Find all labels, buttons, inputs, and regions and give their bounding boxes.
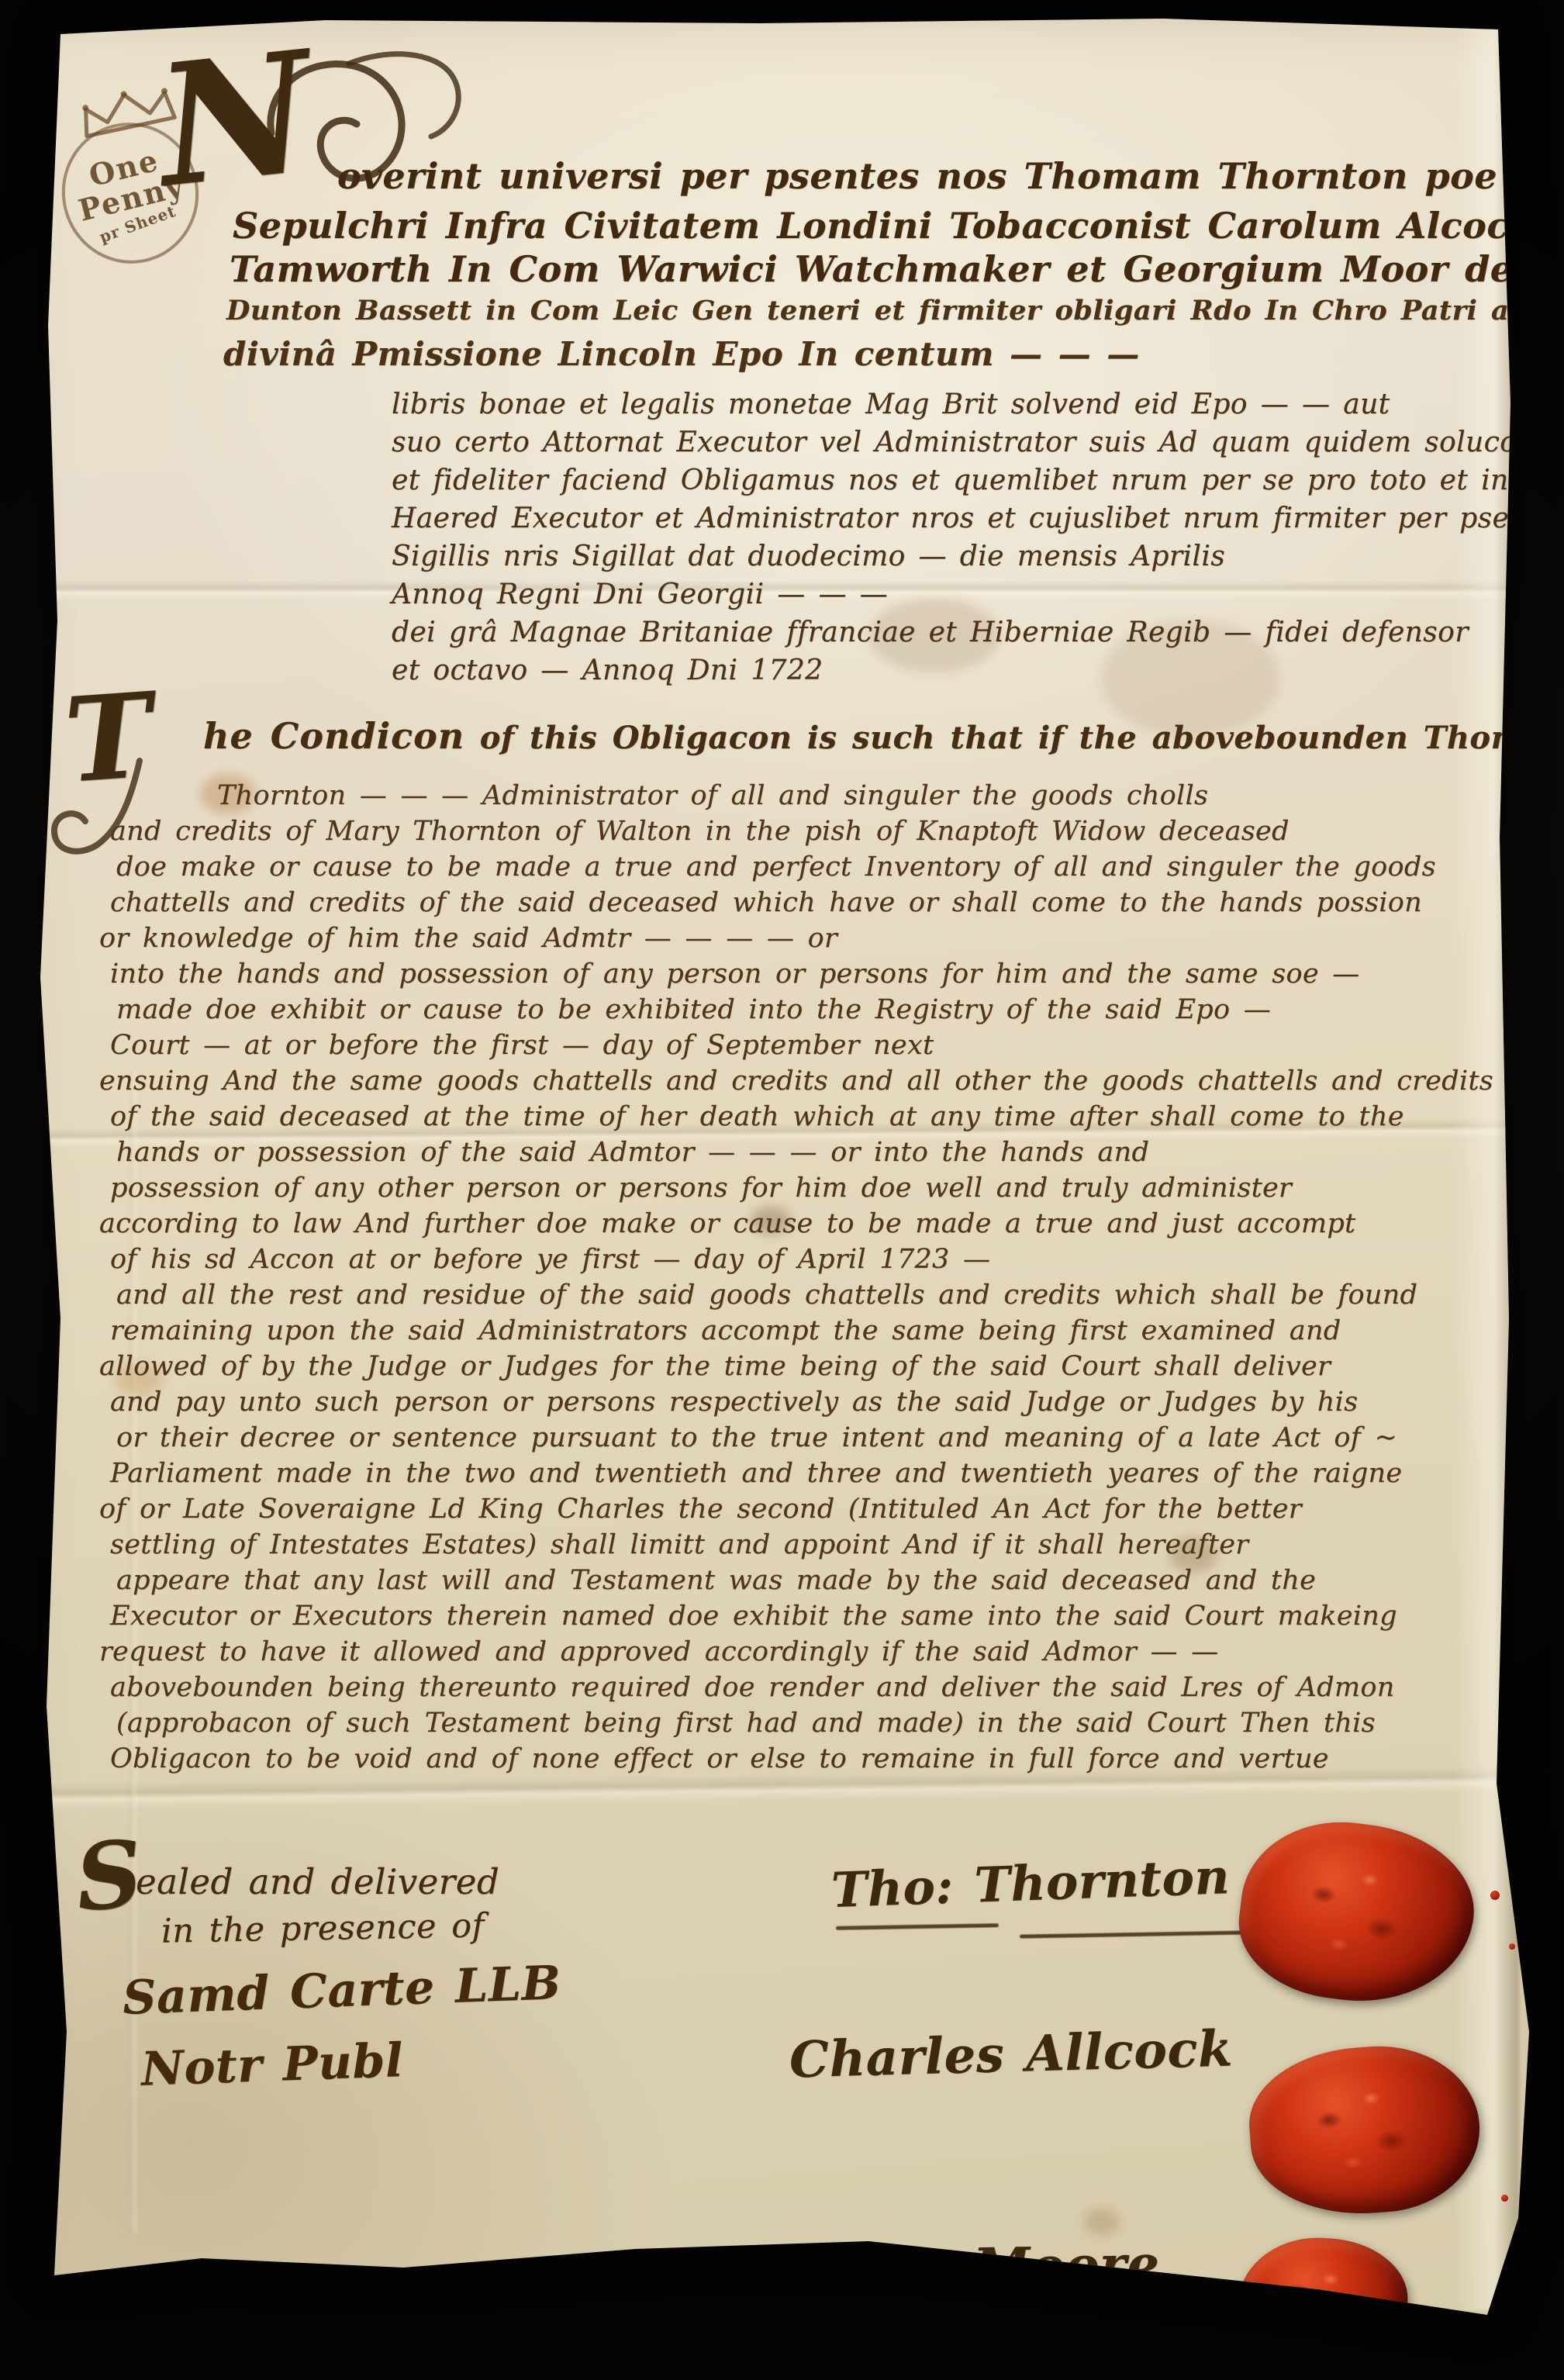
manuscript-line: or their decree or sentence pursuant to … [116, 1420, 1493, 1456]
condition-lead-words: he Condicon [203, 715, 464, 757]
manuscript-line: Haered Executor et Administrator nros et… [392, 499, 1564, 537]
manuscript-line: overint universi per psentes nos Thomam … [337, 155, 1564, 197]
witness-signature: Samd Carte LLB [122, 1956, 562, 2026]
manuscript-line: made doe exhibit or cause to be exhibite… [116, 992, 1493, 1028]
manuscript-line: Court — at or before the first — day of … [110, 1028, 1493, 1063]
manuscript-line: suo certo Attornat Executor vel Administ… [392, 423, 1564, 461]
wax-droplet [1490, 1891, 1500, 1900]
manuscript-line: Tamworth In Com Warwici Watchmaker et Ge… [230, 248, 1514, 290]
stain-spot [84, 2289, 126, 2317]
witness-title: Notr Publ [140, 2033, 404, 2097]
ornate-initial-s: S [73, 1836, 146, 1915]
condition-lead-text: of this Obligacon is such that if the ab… [480, 720, 1564, 756]
manuscript-line: Executor or Executors therein named doe … [110, 1598, 1493, 1634]
manuscript-line: possession of any other person or person… [110, 1170, 1493, 1206]
manuscript-line: Thornton — — — Administrator of all and … [217, 778, 1493, 813]
manuscript-line: according to law And further doe make or… [99, 1206, 1493, 1242]
parchment-sheet: One Penny pr Sheet N overint universi pe… [0, 0, 1564, 2380]
manuscript-line: et octavo — Annoq Dni 1722 [392, 651, 1564, 689]
manuscript-line: of his sd Accon at or before ye first — … [110, 1242, 1493, 1277]
wax-seal [1231, 1811, 1483, 2015]
condition-text-block: Thornton — — — Administrator of all and … [99, 778, 1493, 1777]
manuscript-line: appeare that any last will and Testament… [116, 1563, 1493, 1598]
manuscript-line: Annoq Regni Dni Georgii — — — [392, 575, 1564, 613]
manuscript-line: and pay unto such person or persons resp… [110, 1384, 1493, 1420]
manuscript-line: chattells and credits of the said deceas… [110, 885, 1493, 921]
manuscript-line: et fideliter faciend Obligamus nos et qu… [392, 461, 1564, 499]
manuscript-line: Dunton Bassett in Com Leic Gen teneri et… [226, 295, 1564, 326]
signature-moore: Geo: Moore [820, 2233, 1160, 2300]
signature-thornton: Tho: Thornton [830, 1848, 1231, 1919]
manuscript-line: Obligacon to be void and of none effect … [110, 1741, 1493, 1777]
manuscript-line: and credits of Mary Thornton of Walton i… [110, 813, 1493, 849]
manuscript-line: remaining upon the said Administrators a… [110, 1313, 1493, 1349]
signature-flourish [836, 1923, 999, 1930]
manuscript-line: allowed of by the Judge or Judges for th… [99, 1349, 1493, 1384]
wax-droplet [1509, 1943, 1515, 1950]
manuscript-line: abovebounden being thereunto required do… [110, 1670, 1493, 1705]
signature-flourish [1020, 1930, 1252, 1938]
condition-lead-line: he Condicon of this Obligacon is such th… [203, 715, 1564, 757]
manuscript-line: of the said deceased at the time of her … [110, 1099, 1493, 1135]
paper-shadow-wrap: One Penny pr Sheet N overint universi pe… [0, 0, 1564, 2380]
attestation-line: in the presence of [161, 1906, 485, 1950]
manuscript-line: ensuing And the same goods chattells and… [99, 1063, 1493, 1099]
manuscript-line: (approbacon of such Testament being firs… [116, 1705, 1493, 1741]
wax-seal [1235, 2233, 1411, 2374]
manuscript-line: libris bonae et legalis monetae Mag Brit… [392, 385, 1564, 423]
stain-spot [1084, 2209, 1120, 2235]
latin-obligation-block: libris bonae et legalis monetae Mag Brit… [392, 385, 1564, 689]
manuscript-line: hands or possession of the said Admtor —… [116, 1135, 1493, 1170]
signature-allcock: Charles Allcock [789, 2020, 1234, 2090]
ornate-initial-t: T [62, 689, 155, 788]
wax-seal [1245, 2040, 1485, 2221]
photo-of-document: One Penny pr Sheet N overint universi pe… [0, 0, 1564, 2380]
manuscript-line: of or Late Soveraigne Ld King Charles th… [99, 1491, 1493, 1527]
manuscript-line: settling of Intestates Estates) shall li… [110, 1527, 1493, 1563]
manuscript-line: Sigillis nris Sigillat dat duodecimo — d… [392, 537, 1564, 575]
manuscript-line: doe make or cause to be made a true and … [116, 849, 1493, 885]
ornate-initial-n: N [153, 45, 319, 194]
manuscript-line: Parliament made in the two and twentieth… [110, 1456, 1493, 1491]
manuscript-line: or knowledge of him the said Admtr — — —… [99, 921, 1493, 956]
manuscript-line: into the hands and possession of any per… [110, 956, 1493, 992]
wax-droplet [1501, 2195, 1508, 2202]
manuscript-line: Sepulchri Infra Civitatem Londini Tobacc… [233, 205, 1564, 247]
manuscript-line: request to have it allowed and approved … [99, 1634, 1493, 1670]
manuscript-line: dei grâ Magnae Britaniae ffranciae et Hi… [392, 613, 1564, 651]
manuscript-line: and all the rest and residue of the said… [116, 1277, 1493, 1313]
attestation-line: ealed and delivered [136, 1861, 499, 1902]
manuscript-line: divinâ Pmissione Lincoln Epo In centum —… [223, 335, 1140, 373]
